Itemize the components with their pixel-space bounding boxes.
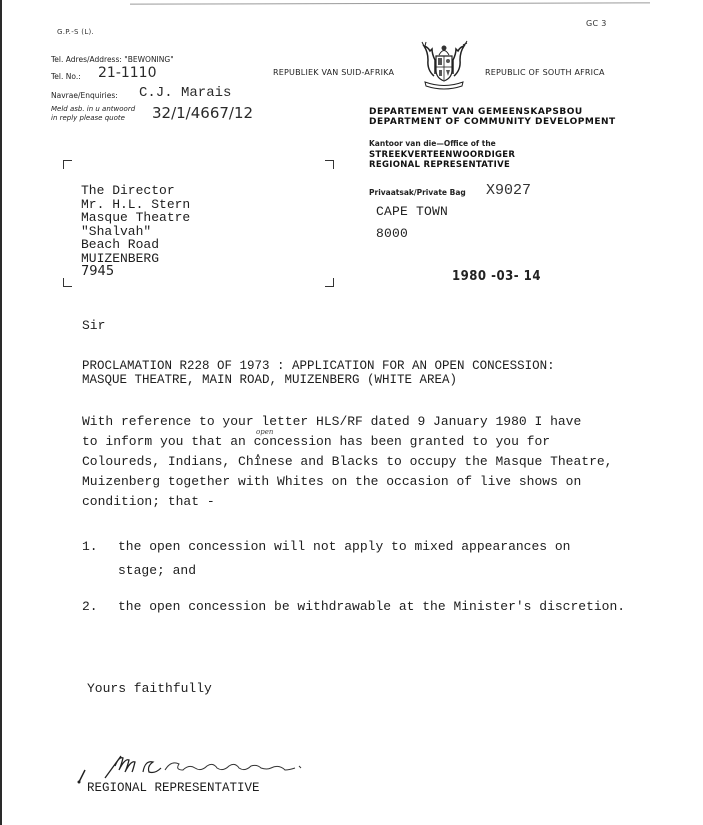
office-title-english: REGIONAL REPRESENTATIVE <box>369 161 515 171</box>
tel-address-row: Tel. Adres/Address: "BEWONING" <box>51 55 174 64</box>
body-line: to inform you that an concession has bee… <box>82 432 613 452</box>
department-name: DEPARTEMENT VAN GEMEENSKAPSBOU DEPARTMEN… <box>369 107 616 127</box>
address-corner-bottom-right <box>325 278 334 287</box>
tel-no-value: 21-1110 <box>98 65 157 81</box>
recipient-line: "Shalvah" <box>81 225 190 239</box>
condition-number: 2. <box>82 599 98 614</box>
address-corner-top-right <box>325 160 334 169</box>
office-title: STREEKVERTEENWOORDIGER REGIONAL REPRESEN… <box>369 151 515 170</box>
signature-title: REGIONAL REPRESENTATIVE <box>87 781 260 795</box>
form-code: GC 3 <box>586 19 607 28</box>
republic-english: REPUBLIC OF SOUTH AFRICA <box>485 68 605 77</box>
body-line: Coloureds, Indians, Chinese and Blacks t… <box>82 452 613 472</box>
reply-label-af: Meld asb. in u antwoord <box>51 105 135 114</box>
recipient-line: Beach Road <box>81 238 190 252</box>
republic-afrikaans: REPUBLIEK VAN SUID-AFRIKA <box>273 68 394 77</box>
salutation: Sir <box>82 316 105 336</box>
condition-line: stage; and <box>118 561 570 581</box>
address-corner-bottom-left <box>63 278 72 287</box>
condition-number: 1. <box>82 539 98 554</box>
private-bag-value: X9027 <box>486 182 531 199</box>
tel-address-value: "BEWONING" <box>124 55 173 64</box>
reply-label-en: in reply please quote <box>51 114 135 123</box>
private-bag-label: Privaatsak/Private Bag <box>369 188 466 197</box>
scan-edge <box>0 0 2 825</box>
recipient-address: The Director Mr. H.L. Stern Masque Theat… <box>81 184 190 279</box>
insertion-caret-icon <box>256 446 260 451</box>
condition-line: the open concession will not apply to mi… <box>118 537 570 557</box>
tel-no-label: Tel. No.: <box>51 72 81 81</box>
condition-item: 2. <box>82 597 98 617</box>
reference-number: 32/1/4667/12 <box>152 104 253 122</box>
coat-of-arms-icon <box>415 40 473 90</box>
handwritten-insertion: open <box>256 428 273 436</box>
body-line: Muizenberg together with Whites on the o… <box>82 472 613 492</box>
enquiries-value: C.J. Marais <box>139 85 231 101</box>
condition-text: the open concession will not apply to mi… <box>118 537 570 581</box>
date-stamp: 1980 -03- 14 <box>452 269 541 284</box>
condition-text: the open concession be withdrawable at t… <box>118 597 625 617</box>
condition-line: the open concession be withdrawable at t… <box>118 597 625 617</box>
recipient-line: Masque Theatre <box>81 211 190 225</box>
scan-streak <box>130 2 650 4</box>
enquiries-label: Navrae/Enquiries: <box>51 91 118 100</box>
condition-item: 1. <box>82 537 98 557</box>
department-afrikaans: DEPARTEMENT VAN GEMEENSKAPSBOU <box>369 107 616 117</box>
office-postal-code: 8000 <box>376 226 408 241</box>
subject-line-1: PROCLAMATION R228 OF 1973 : APPLICATION … <box>82 359 555 373</box>
recipient-line: MUIZENBERG <box>81 252 190 266</box>
department-english: DEPARTMENT OF COMMUNITY DEVELOPMENT <box>369 117 616 127</box>
office-label: Kantoor van die—Office of the <box>369 139 496 148</box>
closing: Yours faithfully <box>87 679 212 699</box>
reply-quote-label: Meld asb. in u antwoord in reply please … <box>51 105 135 123</box>
recipient-line: Mr. H.L. Stern <box>81 198 190 212</box>
print-code: G.P.-S (L). <box>57 28 94 36</box>
tel-address-label: Tel. Adres/Address: <box>51 55 122 64</box>
subject-heading: PROCLAMATION R228 OF 1973 : APPLICATION … <box>82 359 555 387</box>
subject-line-2: MASQUE THEATRE, MAIN ROAD, MUIZENBERG (W… <box>82 373 555 387</box>
body-line: condition; that - <box>82 492 613 512</box>
recipient-line: The Director <box>81 184 190 198</box>
address-corner-top-left <box>63 160 72 169</box>
recipient-line: 7945 <box>81 265 190 279</box>
office-city: CAPE TOWN <box>376 204 448 219</box>
body-paragraph: With reference to your letter HLS/RF dat… <box>82 412 613 512</box>
body-line: With reference to your letter HLS/RF dat… <box>82 412 613 432</box>
